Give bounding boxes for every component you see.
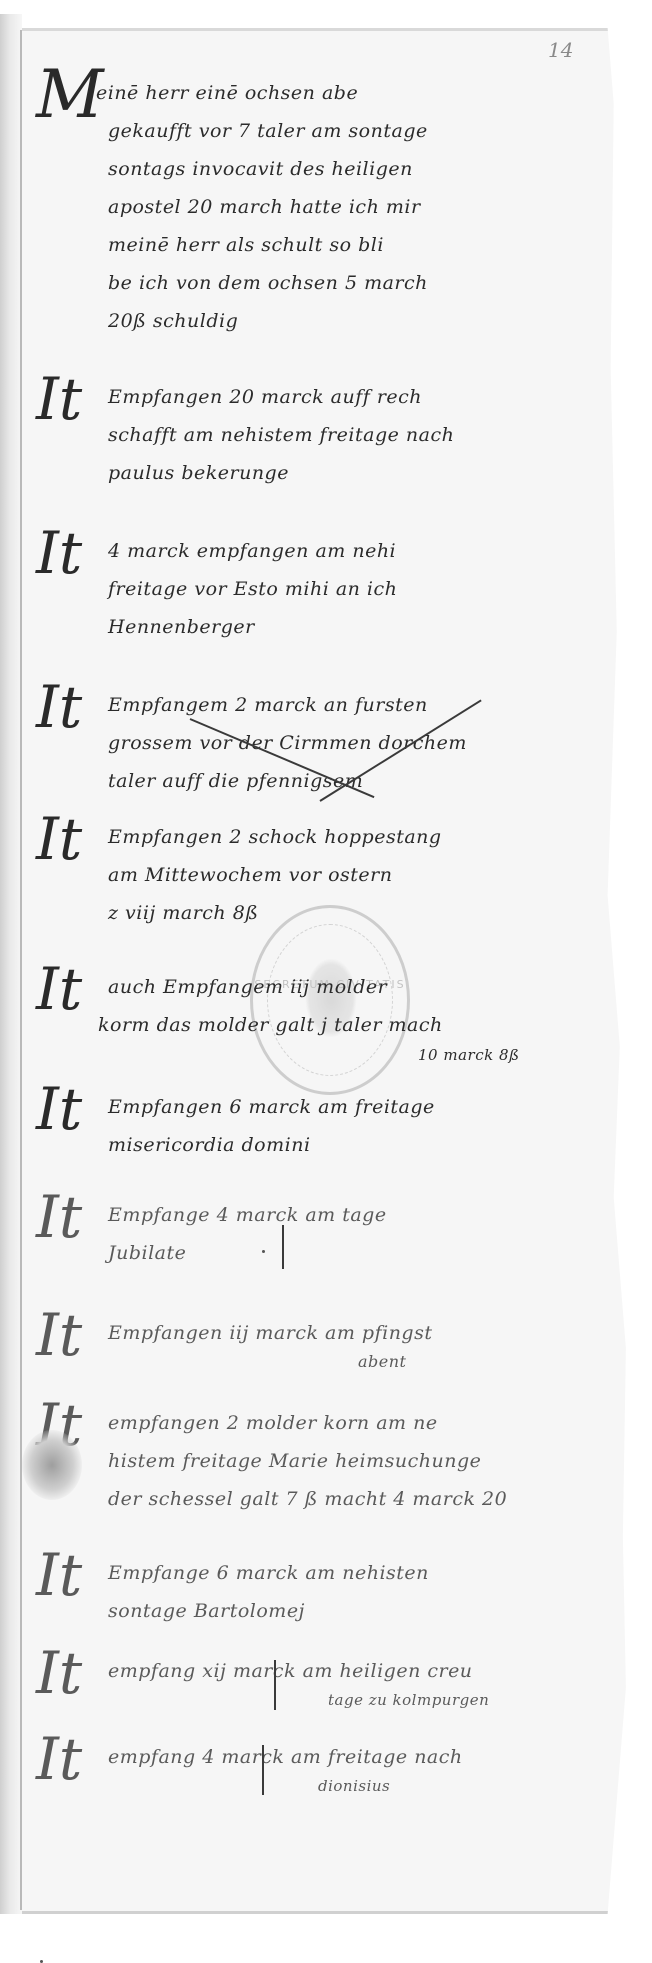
entry-line: be ich von dem ochsen 5 march — [108, 264, 606, 302]
entry-line: Hennenberger — [108, 608, 606, 646]
entry-line: misericordia domini — [108, 1126, 606, 1164]
separator-stroke — [262, 1745, 264, 1795]
ledger-entry: It Empfangen 20 marck auff rech schafft … — [36, 378, 606, 492]
ledger-entry: It Empfange 4 marck am tage Jubilate — [36, 1196, 606, 1272]
entry-line: Empfange 4 marck am tage — [108, 1196, 606, 1234]
entry-line: Empfangen iij marck am pfingst — [108, 1314, 606, 1352]
entry-line: der schessel galt 7 ß macht 4 marck 20 — [108, 1480, 606, 1518]
entry-line: tage zu kolmpurgen — [328, 1690, 606, 1710]
ledger-entry: It empfangen 2 molder korn am ne histem … — [36, 1404, 606, 1518]
ledger-entry: M einē herr einē ochsen abe gekaufft vor… — [36, 74, 606, 340]
entry-initial: It — [36, 1644, 82, 1702]
entry-initial: It — [36, 960, 82, 1018]
entry-initial: It — [36, 1546, 82, 1604]
entry-line: 20ß schuldig — [108, 302, 606, 340]
entry-line: 10 marck 8ß — [418, 1044, 606, 1066]
entry-line: Empfangen 2 schock hoppestang — [108, 818, 606, 856]
entry-text: empfang 4 marck am freitage nach dionisi… — [108, 1738, 606, 1796]
folio-number: 14 — [548, 38, 573, 62]
entry-line: taler auff die pfennigsem — [108, 762, 606, 800]
separator-stroke — [282, 1225, 284, 1269]
entry-line: histem freitage Marie heimsuchunge — [108, 1442, 606, 1480]
binding-edge-line — [20, 30, 22, 1910]
ink-smudge — [22, 1430, 82, 1500]
entry-line: abent — [358, 1352, 606, 1372]
entry-line: sontage Bartolomej — [108, 1592, 606, 1630]
entry-initial: It — [36, 810, 82, 868]
entry-line: Jubilate — [108, 1234, 606, 1272]
entry-line: schafft am nehistem freitage nach — [108, 416, 606, 454]
entry-text: Empfangen 6 marck am freitage misericord… — [108, 1088, 606, 1164]
entry-line: korm das molder galt j taler mach — [98, 1006, 606, 1044]
entry-text: empfangen 2 molder korn am ne histem fre… — [108, 1404, 606, 1518]
ledger-entry: It Empfangen 6 marck am freitage miseric… — [36, 1088, 606, 1164]
entry-text: auch Empfangem iij molder korm das molde… — [108, 968, 606, 1066]
entry-initial: It — [36, 1188, 82, 1246]
entry-text: Empfange 6 marck am nehisten sontage Bar… — [108, 1554, 606, 1630]
entry-text: 4 marck empfangen am nehi freitage vor E… — [108, 532, 606, 646]
entry-initial: M — [36, 66, 104, 124]
ledger-entry: It empfang xij marck am heiligen creu ta… — [36, 1652, 606, 1710]
entry-line: empfang 4 marck am freitage nach — [108, 1738, 606, 1776]
ledger-entry: It 4 marck empfangen am nehi freitage vo… — [36, 532, 606, 646]
entry-line: Empfangem 2 marck an fursten — [108, 686, 606, 724]
entry-text: Empfange 4 marck am tage Jubilate — [108, 1196, 606, 1272]
entry-line: am Mittewochem vor ostern — [108, 856, 606, 894]
entry-line: auch Empfangem iij molder — [108, 968, 606, 1006]
entry-line: freitage vor Esto mihi an ich — [108, 570, 606, 608]
entry-line: gekaufft vor 7 taler am sontage — [108, 112, 606, 150]
ledger-entry-struck: It Empfangem 2 marck an fursten grossem … — [36, 686, 606, 800]
entry-text: Empfangen 20 marck auff rech schafft am … — [108, 378, 606, 492]
entry-text: Empfangem 2 marck an fursten grossem vor… — [108, 686, 606, 800]
entry-line: Empfangen 20 marck auff rech — [108, 378, 606, 416]
entry-initial: It — [36, 370, 82, 428]
entry-initial: It — [36, 524, 82, 582]
entry-line: Empfangen 6 marck am freitage — [108, 1088, 606, 1126]
entry-text: einē herr einē ochsen abe gekaufft vor 7… — [108, 74, 606, 340]
entry-line: Empfange 6 marck am nehisten — [108, 1554, 606, 1592]
ledger-entry: It auch Empfangem iij molder korm das mo… — [36, 968, 606, 1066]
entry-line: dionisius — [318, 1776, 606, 1796]
manuscript-scan: 14 M einē herr einē ochsen abe gekaufft … — [0, 0, 652, 1963]
entry-initial: It — [36, 1730, 82, 1788]
separator-stroke — [274, 1660, 276, 1710]
ledger-entry: It Empfangen iij marck am pfingst abent — [36, 1314, 606, 1372]
entry-line: empfang xij marck am heiligen creu — [108, 1652, 606, 1690]
entry-text: Empfangen iij marck am pfingst abent — [108, 1314, 606, 1372]
entry-line: 4 marck empfangen am nehi — [108, 532, 606, 570]
entry-initial: It — [36, 678, 82, 736]
ledger-entry: It empfang 4 marck am freitage nach dion… — [36, 1738, 606, 1796]
entry-line: paulus bekerunge — [108, 454, 606, 492]
ink-dot — [262, 1250, 265, 1253]
entry-line: einē herr einē ochsen abe — [96, 74, 606, 112]
entry-line: empfangen 2 molder korn am ne — [108, 1404, 606, 1442]
entry-line: meinē herr als schult so bli — [108, 226, 606, 264]
entry-initial: It — [36, 1306, 82, 1364]
ledger-entry: It Empfange 6 marck am nehisten sontage … — [36, 1554, 606, 1630]
entry-line: grossem vor der Cirmmen dorchem — [108, 724, 606, 762]
entry-text: empfang xij marck am heiligen creu tage … — [108, 1652, 606, 1710]
entry-line: apostel 20 march hatte ich mir — [108, 188, 606, 226]
entry-line: sontags invocavit des heiligen — [108, 150, 606, 188]
entry-initial: It — [36, 1080, 82, 1138]
binding-gutter — [0, 14, 22, 1914]
